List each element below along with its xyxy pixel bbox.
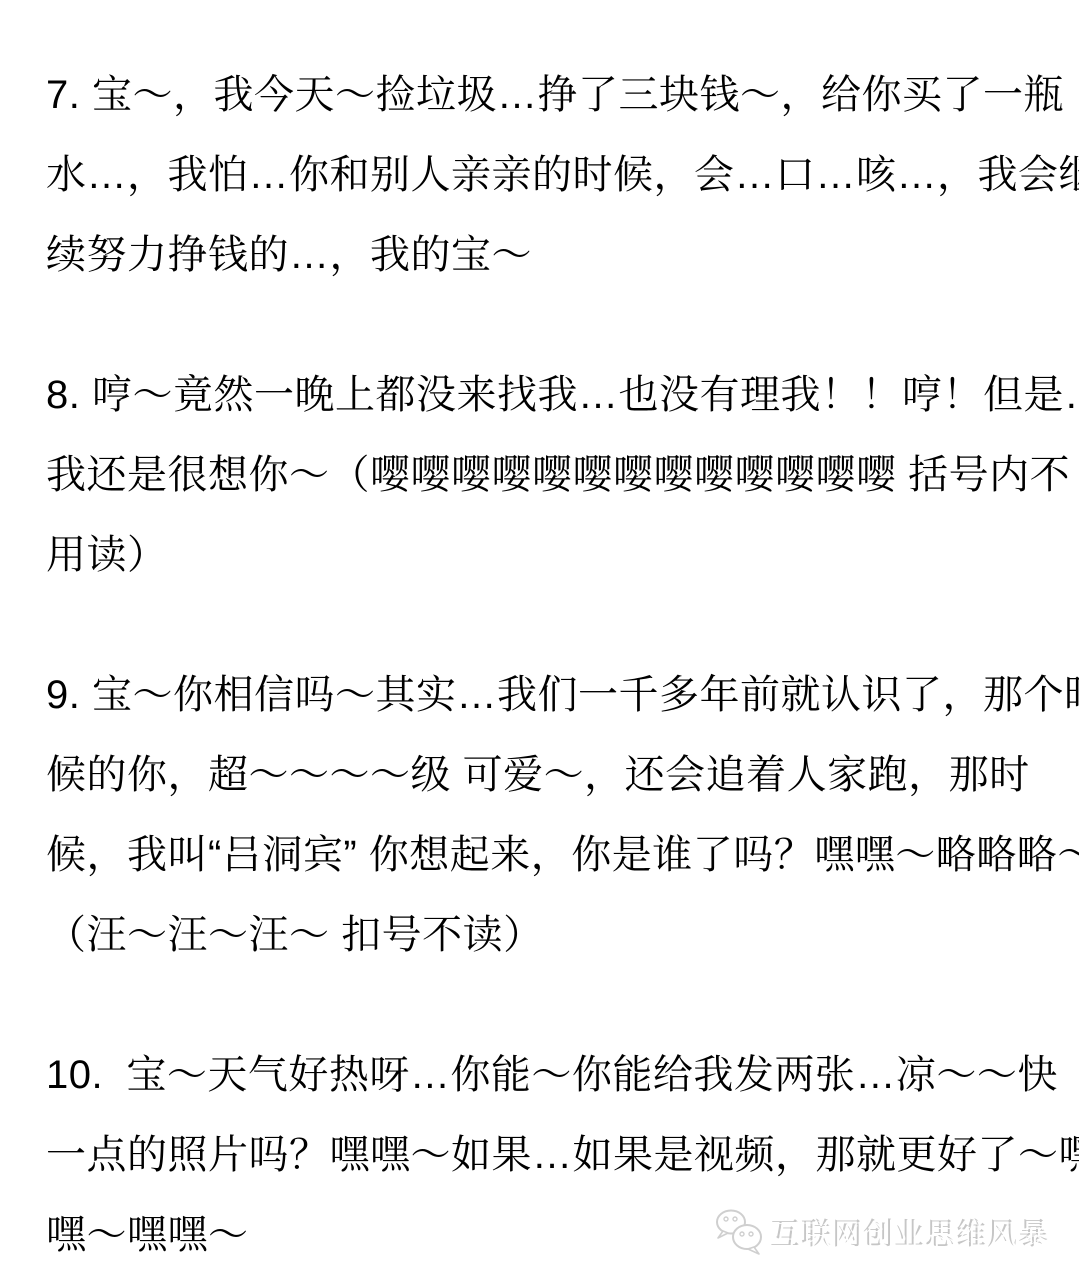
script-item-7: 7. 宝～，我今天～捡垃圾…挣了三块钱～，给你买了一瓶 水…，我怕…你和别人亲亲… [46,55,1039,295]
watermark-label: 互联网创业思维风暴 [772,1211,1051,1255]
script-line: 8. 哼～竟然一晚上都没来找我…也没有理我！！哼！但是… [46,355,1039,435]
document-page: 7. 宝～，我今天～捡垃圾…挣了三块钱～，给你买了一瓶 水…，我怕…你和别人亲亲… [46,55,1039,1275]
script-line: 9. 宝～你相信吗～其实…我们一千多年前就认识了，那个时 [46,655,1039,735]
script-line: 续努力挣钱的…，我的宝～ [46,215,1039,295]
script-line: 候的你，超～～～～级 可爱～，还会追着人家跑，那时 [46,735,1039,815]
watermark: 互联网创业思维风暴 [714,1208,1051,1258]
script-line: 我还是很想你～（嘤嘤嘤嘤嘤嘤嘤嘤嘤嘤嘤嘤嘤 括号内不 [46,435,1039,515]
script-line: 候，我叫“吕洞宾” 你想起来，你是谁了吗？嘿嘿～略略略～ [46,815,1039,895]
script-line: 10. 宝～天气好热呀…你能～你能给我发两张…凉～～快 [46,1035,1039,1115]
script-line: 水…，我怕…你和别人亲亲的时候，会…口…咳…，我会继 [46,135,1039,215]
script-item-9: 9. 宝～你相信吗～其实…我们一千多年前就认识了，那个时 候的你，超～～～～级 … [46,655,1039,975]
script-line: （汪～汪～汪～ 扣号不读） [46,895,1039,975]
script-line: 7. 宝～，我今天～捡垃圾…挣了三块钱～，给你买了一瓶 [46,55,1039,135]
wechat-logo-icon [714,1208,766,1258]
script-line: 一点的照片吗？嘿嘿～如果…如果是视频，那就更好了～嘿 [46,1115,1039,1195]
script-line: 用读） [46,515,1039,595]
script-item-8: 8. 哼～竟然一晚上都没来找我…也没有理我！！哼！但是… 我还是很想你～（嘤嘤嘤… [46,355,1039,595]
